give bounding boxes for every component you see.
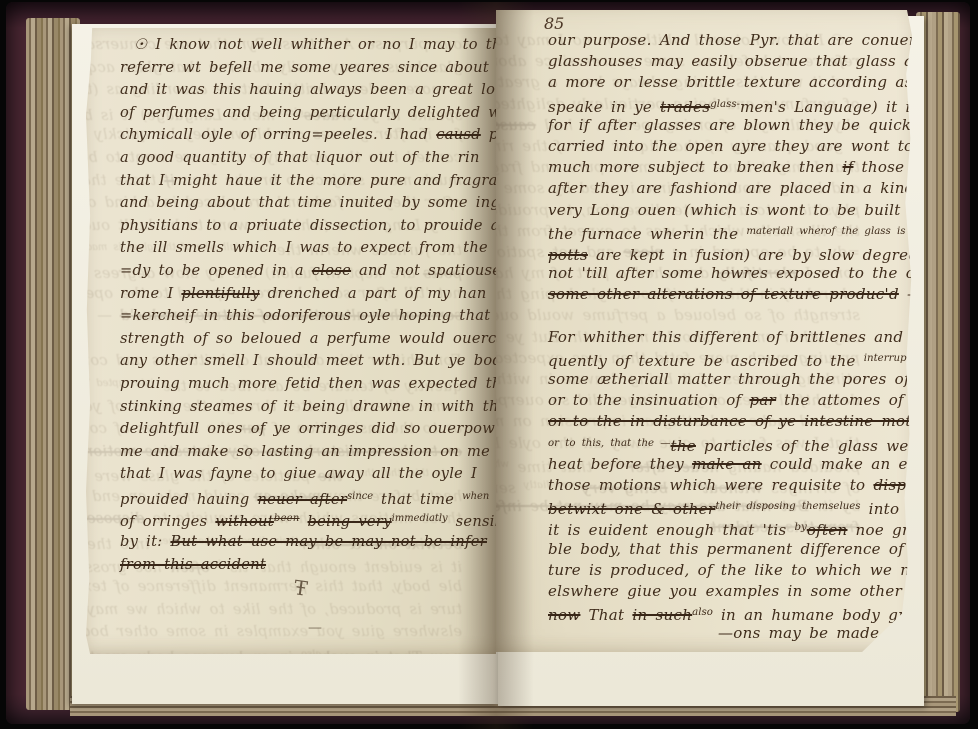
text-segment: noe gross or visi	[847, 521, 912, 539]
text-segment: or to this, that the —	[548, 438, 671, 449]
text-segment: par	[749, 391, 776, 409]
text-segment: some other alterations of texture produc…	[548, 285, 899, 303]
manuscript-line: chymicall oyle of orring=peeles. I had c…	[120, 124, 496, 147]
text-segment: plentifully	[181, 285, 259, 302]
manuscript-line	[548, 305, 912, 326]
text-segment: in such	[321, 649, 379, 654]
manuscript-line: by it: But what use may be may not be in…	[120, 531, 496, 554]
text-segment: when	[496, 459, 509, 470]
text-segment: when	[462, 491, 489, 502]
text-segment: —ons may be made	[718, 624, 887, 642]
book-binding: our purpose. And those Pyr. that are con…	[6, 2, 970, 724]
text-segment: =kercheif in this odoriferous oyle hopin…	[120, 307, 496, 324]
manuscript-line: me and make so lasting an impression on …	[120, 441, 496, 464]
manuscript-line: =kercheif in this odoriferous oyle hopin…	[120, 305, 496, 328]
manuscript-line: our purpose. And those Pyr. that are con…	[548, 30, 912, 51]
text-segment: in an humane body great alterati	[86, 649, 301, 654]
text-segment: now	[430, 649, 462, 654]
text-segment: But what use may be may not be infer	[170, 533, 487, 550]
text-segment: very Long ouen (which is wont to be buil…	[548, 201, 912, 219]
manuscript-line: and it was this hauing always been a gre…	[120, 79, 496, 102]
manuscript-line: potts are kept in fusion) are by slow de…	[548, 242, 912, 263]
manuscript-page-right: ☉ I know not well whither or no I may to…	[496, 10, 912, 652]
text-segment: speake in ye	[548, 98, 660, 116]
manuscript-line: of perfumes and being perticularly delig…	[120, 102, 496, 125]
manuscript-line: for if after glasses are blown they be q…	[548, 115, 912, 136]
manuscript-line: betwixt one & othertheir disposing thems…	[548, 496, 912, 517]
manuscript-line: much more subject to breake then if thos…	[548, 157, 912, 178]
manuscript-line: after they are fashiond are placed in a …	[548, 178, 912, 199]
text-segment: stinking steames of it being drawne in w…	[120, 398, 496, 415]
text-segment: neuer after	[257, 491, 347, 508]
text-segment: sensibly offended	[496, 479, 524, 497]
text-segment: in an humane body great alterati	[713, 606, 912, 624]
manuscript-line: now That in suchalso in an humane body g…	[86, 644, 462, 654]
manuscript-line: ture is produced, of the like to which w…	[548, 560, 912, 581]
text-segment: also	[301, 649, 321, 654]
text-segment: immediatly	[392, 513, 448, 524]
text-segment: now	[548, 606, 580, 624]
text-segment: —	[97, 307, 120, 324]
manuscript-page-left: our purpose. And those Pyr. that are con…	[86, 28, 496, 654]
manuscript-line: some ætheriall matter through the pores …	[548, 369, 912, 390]
text-segment: ture is produced, of the like to which w…	[86, 601, 462, 618]
manuscript-line: quently of texture be ascribed to the in…	[548, 348, 912, 369]
text-segment: that I was fayne to giue away all the oy…	[120, 465, 477, 482]
text-segment: drenched a part of my han	[260, 285, 487, 302]
manuscript-line: prouing much more fetid then was expecte…	[120, 373, 496, 396]
text-segment: the furnace wherin the	[548, 225, 746, 243]
manuscript-line: some other alterations of texture produc…	[548, 284, 912, 305]
manuscript-line: elswhere giue you examples in some other…	[548, 581, 912, 602]
text-segment: our purpose. And those Pyr. that are con…	[548, 31, 912, 49]
manuscript-line: very Long ouen (which is wont to be buil…	[548, 200, 912, 221]
text-segment: those that	[853, 158, 912, 176]
text-segment: ble body, that this permanent difference…	[86, 578, 462, 595]
manuscript-line: a more or lesse brittle texture accordin…	[548, 72, 912, 93]
text-segment: if	[843, 158, 854, 176]
text-segment: a good quantity of that liquor out of th…	[120, 149, 480, 166]
text-segment: the attomes of cold	[776, 391, 912, 409]
text-segment: make an	[692, 455, 762, 473]
text-segment: from this accident	[120, 556, 266, 573]
manuscript-line: speake in ye tradesglass-men's Language)…	[548, 94, 912, 115]
manuscript-line: or to this, that the —the particles of t…	[548, 433, 912, 454]
text-segment: often	[807, 521, 848, 539]
manuscript-line: that I was fayne to giue away all the oy…	[120, 463, 496, 486]
text-segment: by it:	[120, 533, 170, 550]
manuscript-line: rome I plentifully drenched a part of my…	[120, 283, 496, 306]
text-segment: quently of texture be ascribed to the	[548, 352, 864, 370]
text-segment: the ill smells which I was to expect fro…	[120, 239, 496, 256]
text-segment: strength of so beloued a perfume would o…	[120, 330, 496, 347]
text-segment: and not spatiouse	[351, 262, 496, 279]
text-segment: betwixt one & other	[548, 500, 715, 518]
manuscript-line: glasshouses may easily obserue that glas…	[548, 51, 912, 72]
text-segment: smelt	[489, 491, 496, 508]
text-segment: their disposing themselues	[715, 501, 860, 512]
text-segment: heat before they	[548, 455, 692, 473]
manuscript-line: the ill smells which I was to expect fro…	[120, 237, 496, 260]
ink-mark: Ŧ	[292, 575, 309, 601]
text-segment: rome I	[120, 285, 181, 302]
text-segment: a more or lesse brittle texture accordin…	[548, 73, 912, 91]
manuscript-line: any other smell I should meet wth. But y…	[120, 350, 496, 373]
manuscript-line: —ons may be made by the bare	[548, 623, 912, 644]
ink-mark: —	[308, 620, 322, 636]
text-segment: chymicall oyle of orring=peeles. I had	[120, 126, 436, 143]
text-segment: ture is produced, of the like to which w…	[548, 561, 912, 579]
text-segment: it is euident enough that 'tis	[548, 521, 795, 539]
text-segment: ble body, that this permanent difference…	[548, 540, 912, 558]
manuscript-line: carried into the open ayre they are wont…	[548, 136, 912, 157]
text-segment: elswhere giue you examples in some other…	[548, 582, 912, 600]
scene-background: our purpose. And those Pyr. that are con…	[0, 0, 978, 729]
right-page-text: our purpose. And those Pyr. that are con…	[548, 30, 912, 644]
text-segment: glasshouses may easily obserue that glas…	[548, 52, 912, 70]
text-segment: =dy to be opened in a	[120, 262, 312, 279]
manuscript-line: referre wt befell me some yeares since a…	[120, 57, 496, 80]
text-segment: being very	[308, 513, 392, 530]
manuscript-line: the furnace wherin the materiall wherof …	[548, 221, 912, 242]
text-segment: that time	[373, 491, 462, 508]
text-segment: could make an end of	[762, 455, 912, 473]
text-segment: of perfumes and being perticularly delig…	[120, 104, 496, 121]
text-segment: and it was this hauing always been a gre…	[120, 81, 496, 98]
text-segment: elswhere giue you examples in some other…	[86, 623, 462, 640]
text-segment: after they are fashiond are placed in a …	[548, 179, 912, 197]
text-segment: or to the insinuation of	[548, 391, 749, 409]
text-segment: much more subject to breake then	[548, 158, 843, 176]
text-segment: without	[215, 513, 274, 530]
text-segment: delightfull ones of ye orringes did so o…	[120, 420, 495, 437]
text-segment: causd	[436, 126, 481, 143]
manuscript-line: elswhere giue you examples in some other…	[86, 621, 462, 644]
manuscript-line: ble body, that this permanent difference…	[86, 576, 462, 599]
text-segment: not 'till after some howres exposed to t…	[548, 264, 912, 282]
text-segment: also	[692, 607, 713, 618]
manuscript-line: and being about that time inuited by som…	[120, 192, 496, 215]
text-segment: of orringes	[120, 513, 215, 530]
manuscript-line: that I might haue it the more pure and f…	[120, 170, 496, 193]
text-segment: causd	[496, 116, 536, 134]
manuscript-line: it is euident enough that 'tis byoften n…	[548, 517, 912, 538]
text-segment: the	[671, 437, 696, 455]
text-segment: ☉ I know not well whither or no I may to…	[134, 36, 496, 53]
manuscript-line: ☉ I know not well whither or no I may to…	[120, 34, 496, 57]
text-segment: close	[312, 262, 351, 279]
manuscript-line: ture is produced, of the like to which w…	[86, 599, 462, 622]
manuscript-line: prouided hauing neuer aftersince that ti…	[120, 486, 496, 509]
text-segment: me and make so lasting an impression on …	[120, 443, 490, 460]
manuscript-line: from this accident	[120, 554, 496, 577]
text-segment: potts	[548, 246, 588, 264]
text-segment: pro	[481, 126, 496, 143]
manuscript-line: not 'till after some howres exposed to t…	[548, 263, 912, 284]
text-segment: physitians to a priuate dissection, to p…	[120, 217, 496, 234]
manuscript-line: a good quantity of that liquor out of th…	[120, 147, 496, 170]
text-segment: referre wt befell me some yeares since a…	[120, 59, 496, 76]
text-segment: interrupted Transcursion	[864, 353, 912, 364]
text-segment: those motions which were requisite to	[548, 476, 873, 494]
text-segment: prouided hauing	[120, 491, 257, 508]
text-segment: For whither this different of brittlenes…	[548, 328, 912, 346]
text-segment: for if after glasses are blown they be q…	[548, 116, 912, 134]
text-segment: trades	[660, 98, 710, 116]
manuscript-line: of orringes withoutbeen being veryimmedi…	[120, 508, 496, 531]
manuscript-line: physitians to a priuate dissection, to p…	[120, 215, 496, 238]
text-segment: that I might haue it the more pure and f…	[120, 172, 496, 189]
manuscript-line: or to the insinuation of par the attomes…	[548, 390, 912, 411]
text-segment: in such	[632, 606, 692, 624]
text-segment: and being about that time inuited by som…	[120, 194, 496, 211]
left-page-text: ☉ I know not well whither or no I may to…	[120, 34, 496, 576]
text-segment: carried into the open ayre they are wont…	[548, 137, 912, 155]
manuscript-line: those motions which were requisite to di…	[548, 475, 912, 496]
text-segment: men's Language) it is baked	[740, 98, 912, 116]
text-segment: been	[274, 513, 300, 524]
manuscript-line: delightfull ones of ye orringes did so o…	[120, 418, 496, 441]
text-segment: or to the in disturbance of ye intestine…	[548, 412, 912, 430]
text-segment: are kept in fusion) are by slow degrees	[588, 246, 912, 264]
text-segment: materiall wherof the glass is made —	[746, 226, 912, 237]
text-segment: into the most durable textur	[861, 500, 912, 518]
text-segment: That	[580, 606, 632, 624]
manuscript-line: now That in suchalso in an humane body g…	[548, 602, 912, 623]
manuscript-line: =dy to be opened in a close and not spat…	[120, 260, 496, 283]
manuscript-line: For whither this different of brittlenes…	[548, 327, 912, 348]
text-segment: since	[347, 491, 373, 502]
text-segment	[300, 513, 308, 530]
text-segment: prouing much more fetid then was expecte…	[120, 375, 496, 392]
text-segment: some ætheriall matter through the pores …	[548, 370, 912, 388]
manuscript-line: strength of so beloued a perfume would o…	[120, 328, 496, 351]
manuscript-line: or to the in disturbance of ye intestine…	[548, 411, 912, 432]
text-segment: That	[380, 649, 431, 654]
text-segment: sensibly offended	[448, 513, 496, 530]
manuscript-line: heat before they make an could make an e…	[548, 454, 912, 475]
text-segment: glass-	[710, 99, 740, 110]
manuscript-line: ble body, that this permanent difference…	[548, 539, 912, 560]
manuscript-line: stinking steames of it being drawne in w…	[120, 396, 496, 419]
text-segment: any other smell I should meet wth. But y…	[120, 352, 496, 369]
text-segment: by	[795, 522, 807, 533]
text-segment: particles of the glass were disserted by…	[696, 437, 912, 455]
